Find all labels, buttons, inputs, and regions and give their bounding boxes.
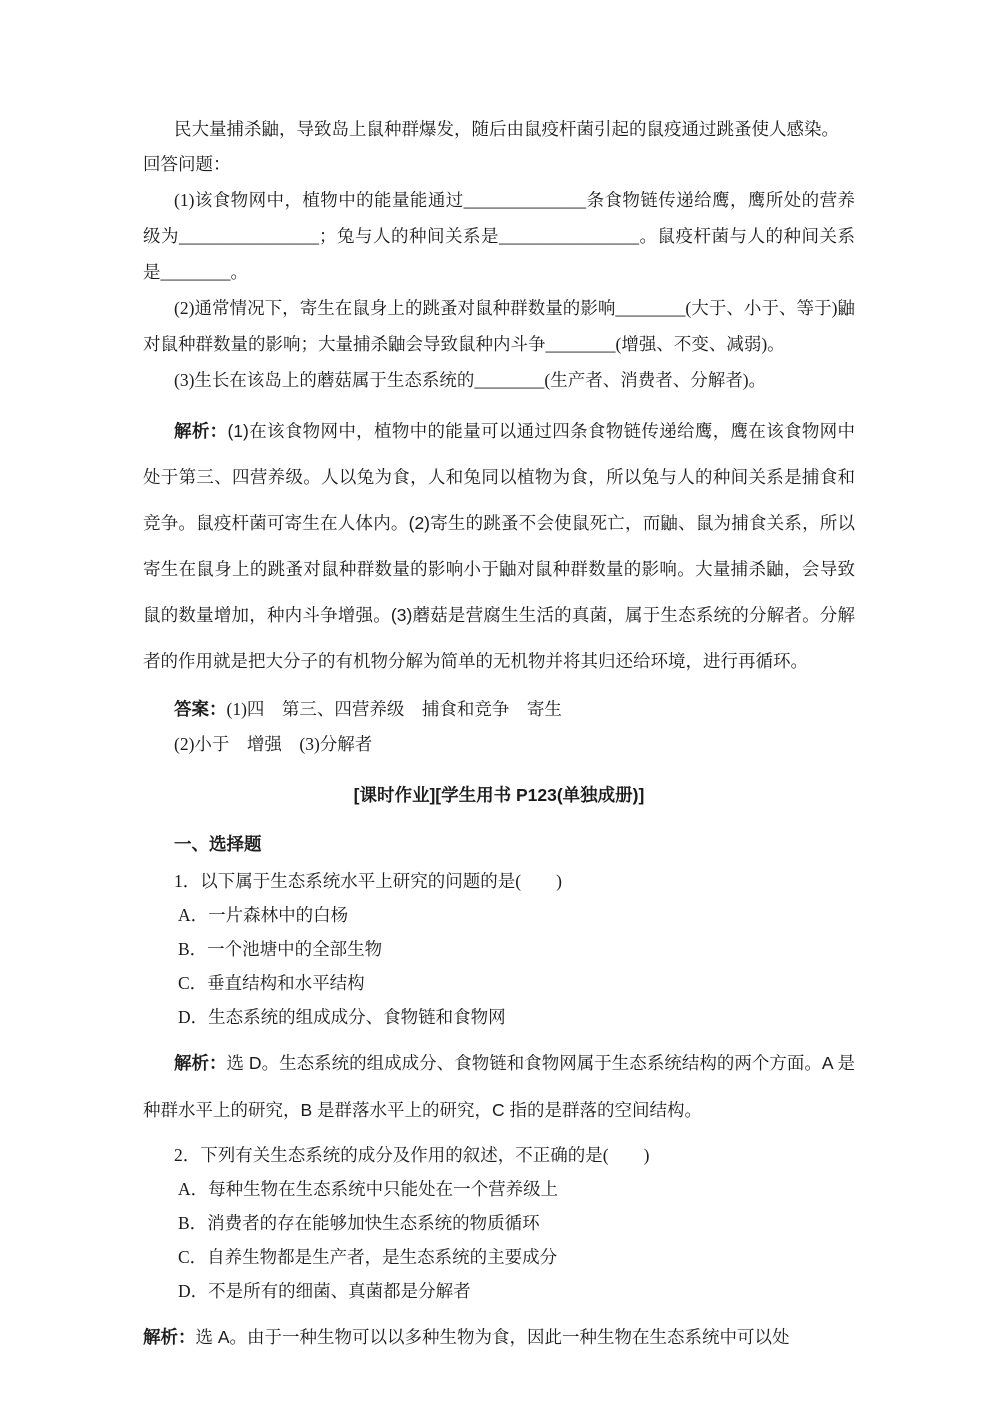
question-1-stem: 1．以下属于生态系统水平上研究的问题的是( ): [143, 864, 855, 898]
answer-label: 答案：: [174, 699, 227, 719]
passage-answer-line-2: (2)小于 增强 (3)分解者: [143, 727, 855, 762]
passage-prompt: 回答问题：: [143, 147, 855, 182]
analysis-label: 解析：: [174, 421, 227, 441]
worksheet-page: 民大量捕杀鼬，导致岛上鼠种群爆发，随后由鼠疫杆菌引起的鼠疫通过跳蚤使人感染。 回…: [0, 0, 1000, 1414]
question-2-analysis-text: 选 A。由于一种生物可以以多种生物为食，因此一种生物在生态系统中可以处: [196, 1327, 790, 1347]
question-2-stem: 2．下列有关生态系统的成分及作用的叙述，不正确的是( ): [143, 1138, 855, 1172]
sub-question-1: (1)该食物网中，植物中的能量能通过______________条食物链传递给鹰…: [143, 182, 855, 290]
analysis-text: (1)在该食物网中，植物中的能量可以通过四条食物链传递给鹰，鹰在该食物网中处于第…: [143, 421, 855, 671]
question-2-option-a: A．每种生物在生态系统中只能处在一个营养级上: [143, 1172, 855, 1206]
question-2-option-c: C．自养生物都是生产者，是生态系统的主要成分: [143, 1240, 855, 1274]
question-2-analysis-label: 解析：: [143, 1327, 196, 1347]
question-2-option-d: D．不是所有的细菌、真菌都是分解者: [143, 1274, 855, 1308]
question-1-option-b: B．一个池塘中的全部生物: [143, 932, 855, 966]
sub-question-2: (2)通常情况下，寄生在鼠身上的跳蚤对鼠种群数量的影响________(大于、小…: [143, 290, 855, 362]
question-1-option-c: C．垂直结构和水平结构: [143, 966, 855, 1000]
question-1-analysis-label: 解析：: [174, 1053, 227, 1073]
sub-question-3: (3)生长在该岛上的蘑菇属于生态系统的________(生产者、消费者、分解者)…: [143, 362, 855, 398]
question-1-option-a: A．一片森林中的白杨: [143, 898, 855, 932]
question-1-analysis-text: 选 D。生态系统的组成成分、食物链和食物网属于生态系统结构的两个方面。A 是种群…: [143, 1053, 855, 1120]
passage-answer-line-1: 答案：(1)四 第三、四营养级 捕食和竞争 寄生: [143, 692, 855, 727]
passage-continuation-line: 民大量捕杀鼬，导致岛上鼠种群爆发，随后由鼠疫杆菌引起的鼠疫通过跳蚤使人感染。: [143, 112, 855, 147]
section-title-multiple-choice: 一、选择题: [143, 827, 855, 862]
answer-text-1: (1)四 第三、四营养级 捕食和竞争 寄生: [227, 699, 562, 719]
question-2-option-b: B．消费者的存在能够加快生态系统的物质循环: [143, 1206, 855, 1240]
question-1-analysis: 解析：选 D。生态系统的组成成分、食物链和食物网属于生态系统结构的两个方面。A …: [143, 1040, 855, 1134]
question-1-option-d: D．生态系统的组成成分、食物链和食物网: [143, 1000, 855, 1034]
homework-header: [课时作业][学生用书 P123(单独成册)]: [143, 778, 855, 813]
passage-analysis: 解析：(1)在该食物网中，植物中的能量可以通过四条食物链传递给鹰，鹰在该食物网中…: [143, 408, 855, 684]
question-2-analysis: 解析：选 A。由于一种生物可以以多种生物为食，因此一种生物在生态系统中可以处: [143, 1314, 855, 1361]
